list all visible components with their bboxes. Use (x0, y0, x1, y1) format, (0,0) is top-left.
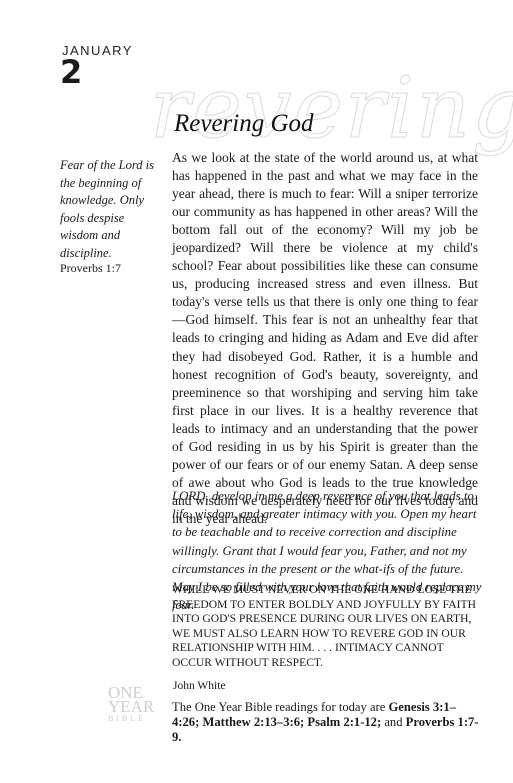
sidebar-verse: Fear of the Lord is the beginning of kno… (60, 157, 155, 262)
day-number: 2 (60, 56, 82, 88)
readings-and: and (381, 715, 405, 729)
reading-psalm: Psalm 2:1-12; (307, 715, 381, 729)
sidebar-verse-reference: Proverbs 1:7 (60, 261, 121, 276)
watermark-word: revering (150, 58, 480, 158)
devotional-body: As we look at the state of the world aro… (172, 149, 478, 528)
logo-line-bible: BIBLE (108, 714, 168, 724)
quote-author: John White (173, 680, 226, 692)
reading-matthew: Matthew 2:13–3:6; (202, 715, 304, 729)
page-title: Revering God (174, 110, 314, 138)
logo-line-year: YEAR (108, 700, 168, 714)
readings-intro: The One Year Bible readings for today ar… (172, 700, 388, 714)
quote-text: WHILE WE MUST NEVER ON THE ONE HAND LOSE… (172, 583, 482, 670)
one-year-bible-logo: ONE YEAR BIBLE (108, 686, 168, 724)
bible-readings: The One Year Bible readings for today ar… (172, 700, 482, 745)
